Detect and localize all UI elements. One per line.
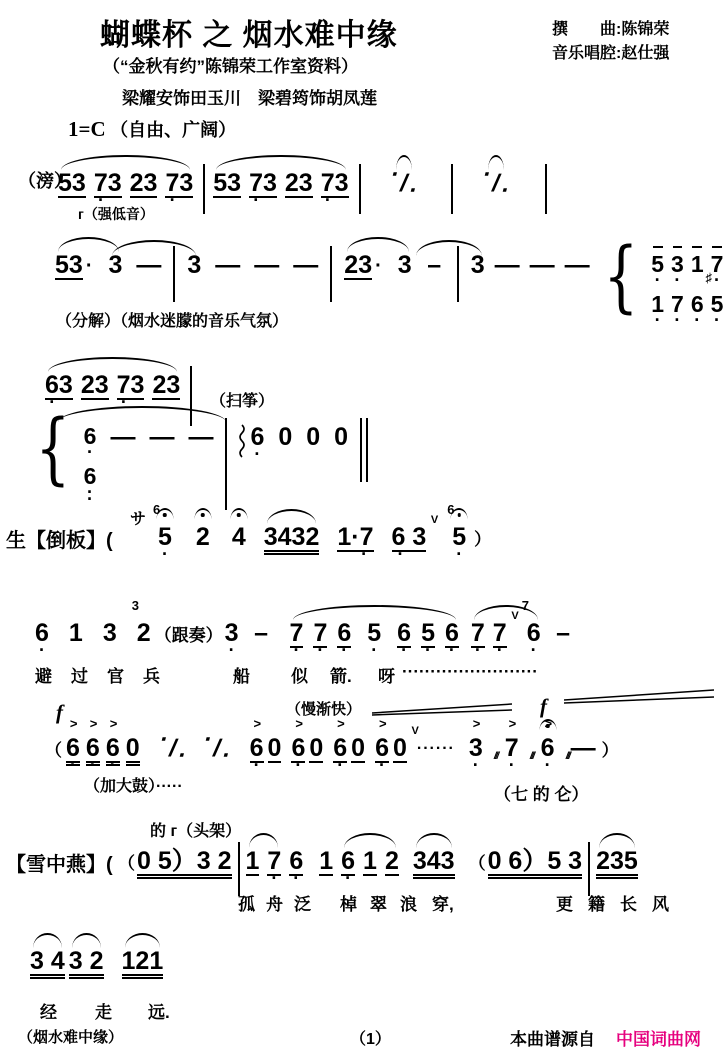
slur-group: 5373·2373· — [213, 170, 348, 198]
vocal-credit: 音乐唱腔:赵仕强 — [552, 40, 669, 63]
overline — [673, 246, 683, 248]
slur-group: / — [485, 170, 507, 198]
accent-icon: > — [110, 717, 118, 730]
crescendo-hairpin — [372, 702, 512, 718]
note: 23 — [344, 252, 372, 280]
note: 6· — [397, 620, 411, 648]
note: 0 — [309, 735, 323, 763]
note: 2 — [385, 848, 399, 876]
note: 6·> — [375, 735, 389, 763]
note: — — [254, 252, 279, 278]
octave-dot: · — [271, 875, 277, 882]
lyric: 远. — [148, 998, 170, 1023]
music-line-7: （6·>6·>6·>0//6·>06·>06·>06·>0V······3·>/… — [45, 735, 619, 766]
accent-icon: > — [545, 717, 553, 730]
lyric: 舟 — [266, 890, 283, 915]
octave-dot: · — [87, 449, 93, 456]
double-underline — [413, 877, 455, 879]
grace-note: ♯ — [706, 271, 713, 284]
lyric: 风 — [652, 890, 669, 915]
octave-dot: · — [655, 277, 661, 284]
octave-dot: · — [254, 451, 260, 458]
octave-dot: · — [162, 551, 168, 558]
overline — [712, 246, 722, 248]
note: ······ — [417, 741, 455, 758]
note: — — [110, 424, 135, 450]
page-title: 蝴蝶杯 之 烟水难中缘 — [100, 10, 398, 54]
note: — — [495, 252, 520, 278]
note: 0 — [334, 424, 348, 450]
note: 5·♯ — [711, 292, 724, 316]
overline — [653, 246, 663, 248]
note: 1 — [319, 848, 333, 876]
note: 1 — [363, 848, 377, 876]
octave-dot: · — [714, 317, 720, 324]
tremolo-icon: /// — [530, 752, 534, 763]
breath-mark: V — [412, 726, 419, 738]
accent-icon: > — [509, 717, 517, 730]
slur-group: 3432 — [264, 524, 320, 552]
column-bottom-row: 1·7·6·5·♯ — [651, 292, 723, 316]
note: 6 3·V — [392, 524, 427, 552]
note: 3 — [471, 252, 485, 278]
brace: { — [35, 416, 70, 482]
bar-line — [360, 418, 368, 482]
note: — — [188, 424, 213, 450]
note: 53 — [58, 170, 86, 198]
note: 6·7 — [527, 620, 541, 646]
lyric: 避 — [35, 662, 52, 687]
octave-dot: · — [714, 277, 720, 284]
tempo-marking: （自由、广阔） — [110, 120, 236, 140]
music-line-2: 53·3—3———23·3–3———{5·3·17·1·7·6·5·♯ — [55, 252, 727, 342]
music-line-9: 3 43 2121 — [30, 948, 163, 976]
note: — — [571, 735, 596, 761]
note: 53 — [55, 252, 83, 280]
octave-dot: · — [39, 647, 45, 654]
octave-dot: · — [456, 551, 462, 558]
slur-group: 17· — [246, 848, 282, 876]
lyric: 兵 — [143, 662, 160, 687]
octave-dot: · — [90, 762, 96, 769]
octave-dot: · — [371, 647, 377, 654]
note: 3 2 — [69, 948, 104, 976]
footer-page-number: （1） — [350, 1026, 391, 1049]
note: 63· — [45, 372, 73, 400]
lyric: 官 — [107, 662, 124, 687]
slur-group: 121 — [122, 948, 164, 976]
column-bottom-row: 6· · — [84, 464, 97, 488]
slur-group: 343 — [413, 848, 455, 876]
inline-label: （ — [469, 850, 486, 879]
note-group: 6·>0 — [333, 735, 365, 763]
note: 6· — [289, 848, 303, 876]
simile-mark: / — [158, 735, 187, 763]
label-de-toujia: 的 г（头架） — [150, 818, 241, 841]
footer-site-name: 中国词曲网 — [616, 1025, 701, 1050]
note: – — [551, 620, 576, 646]
accent-icon: > — [473, 717, 481, 730]
note: 0 — [126, 735, 140, 763]
note: 4 — [232, 524, 246, 550]
music-line-5-daoban: サ5·62434321·7·6 3·V5·6） — [130, 524, 491, 555]
note: 1 — [246, 848, 260, 876]
double-underline — [137, 877, 232, 879]
double-underline — [264, 553, 320, 555]
label-jia-dagu: （加大鼓）····· — [84, 773, 183, 796]
octave-dot: · — [98, 197, 104, 204]
overline — [692, 246, 702, 248]
footer-source-text: 本曲谱源自 — [510, 1025, 595, 1050]
lyric: 长 — [620, 890, 637, 915]
cast-line: 梁耀安饰田玉川 梁碧筠饰胡凤莲 — [122, 84, 377, 109]
music-line-1: 5373·2373·5373·2373·// — [58, 170, 547, 214]
note: 6·> — [106, 735, 120, 763]
note: — — [149, 424, 174, 450]
note: 6·> — [333, 735, 347, 763]
lyric: ························ — [402, 662, 538, 682]
simile-mark: / — [481, 170, 510, 198]
octave-dot: · — [293, 647, 299, 654]
lyric: 穿, — [432, 890, 454, 915]
accent-icon: > — [70, 717, 78, 730]
lyric: 船 — [233, 662, 250, 687]
note: – — [422, 252, 447, 278]
brace: { — [603, 244, 638, 310]
bar-line — [173, 246, 175, 302]
note: 23 — [81, 372, 109, 400]
note-group: 6·>0V — [375, 735, 407, 763]
lyric: 箭. — [330, 662, 352, 687]
note: 3· — [225, 620, 239, 646]
column-top-row: 6· — [84, 424, 97, 448]
double-underline — [596, 877, 638, 879]
note-group: 6·>6·>6·>0 — [62, 735, 140, 763]
octave-dot: · — [545, 762, 551, 769]
octave-dot: · — [361, 551, 367, 558]
octave-column: 5·3·17·1·7·6·5·♯ — [651, 252, 723, 316]
double-underline — [30, 977, 65, 979]
simile-mark: / — [202, 735, 231, 763]
breath-mark: V — [511, 611, 518, 623]
note-group: 6·>0 — [250, 735, 282, 763]
bar-line — [190, 366, 192, 426]
note: 5· — [367, 620, 381, 646]
note: 0 6）5 3 — [488, 848, 583, 876]
grace-note: 6 — [447, 503, 454, 516]
note: 3· — [671, 252, 684, 276]
note: 1· — [651, 292, 664, 316]
octave-dot: · — [497, 647, 503, 654]
slur-group: 7·7·V6·7 — [471, 620, 541, 648]
composer-credit: 撰 曲:陈锦荣 — [552, 16, 669, 39]
accent-icon: > — [90, 717, 98, 730]
double-underline — [69, 977, 104, 979]
note: 121 — [122, 948, 164, 976]
note: 0 — [268, 735, 282, 763]
note: 3·>/// — [469, 735, 483, 761]
grace-note: 7 — [522, 599, 529, 612]
octave-dot: · — [293, 875, 299, 882]
note: 1 — [691, 252, 704, 276]
double-underline — [122, 977, 164, 979]
octave-dot: · — [341, 647, 347, 654]
tremolo-icon: /// — [566, 752, 570, 763]
note: 7· — [290, 620, 304, 648]
music-line-8-xuezhongyan: （0 5）3 217·6·16·12343（0 6）5 3235 — [118, 848, 638, 896]
note: 7· — [471, 620, 485, 648]
note: 6· · — [84, 464, 97, 488]
double-underline — [488, 877, 583, 879]
accent-icon: > — [379, 717, 387, 730]
grace-note: 6 — [153, 503, 160, 516]
octave-dot: · · — [87, 489, 93, 503]
octave-dot: · — [325, 197, 331, 204]
slur-group: 7·7·6·5·6·5·6· — [290, 620, 459, 648]
note: 3432 — [264, 524, 320, 552]
note: 5·6 — [158, 524, 172, 550]
note: 73· — [249, 170, 277, 198]
bar-line — [203, 164, 205, 214]
note: 23 — [285, 170, 313, 198]
bar-line — [359, 164, 361, 214]
bar-line — [588, 842, 590, 896]
note: 6·> — [250, 735, 264, 763]
label-daoban: 生【倒板】( — [6, 524, 113, 553]
bar-line — [225, 418, 227, 510]
bar-line — [451, 164, 453, 214]
lyric: 呀 — [378, 662, 395, 687]
octave-dot: · — [475, 647, 481, 654]
note: 6·>/// — [541, 735, 555, 761]
lyric: 走 — [95, 998, 112, 1023]
lyric: 泛 — [294, 890, 311, 915]
note: — — [136, 252, 161, 278]
slur-group: 3 4 — [30, 948, 65, 976]
double-underline — [126, 764, 140, 766]
octave-dot: · — [473, 762, 479, 769]
octave-dot: · — [449, 647, 455, 654]
octave-dot: · — [398, 551, 404, 558]
tremolo-icon: /// — [494, 752, 498, 763]
note: 0 5）3 2 — [137, 848, 232, 876]
bar-line — [330, 246, 332, 302]
lyric: 更 — [556, 890, 573, 915]
subtitle: （“金秋有约”陈锦荣工作室资料） — [103, 52, 358, 77]
accent-icon: > — [337, 717, 345, 730]
note: 3 4 — [30, 948, 65, 976]
note: 73· — [94, 170, 122, 198]
octave-dot: · — [401, 647, 407, 654]
footer-piece-name: （烟水难中缘） — [18, 1026, 123, 1047]
bar-line — [457, 246, 459, 302]
slur-group: 3 2 — [69, 948, 104, 976]
lyric: 籍 — [588, 890, 605, 915]
octave-dot: · — [295, 762, 301, 769]
note: 3 — [187, 252, 201, 278]
octave-dot: · — [379, 762, 385, 769]
inline-label: （ — [118, 850, 135, 879]
lyric: 浪 — [400, 890, 417, 915]
octave-dot: · — [531, 647, 537, 654]
octave-dot: · — [70, 762, 76, 769]
octave-dot: · — [425, 647, 431, 654]
note: – — [249, 620, 274, 646]
grace-note: 3 — [132, 599, 139, 612]
note: — — [293, 252, 318, 278]
breath-mark: V — [431, 515, 438, 527]
note: 73· — [117, 372, 145, 400]
note: 6· — [84, 424, 97, 448]
note: 3 — [108, 252, 122, 278]
note: · — [86, 252, 93, 280]
note: 6· — [35, 620, 49, 646]
octave-dot: · — [317, 647, 323, 654]
lyric: 似 — [291, 662, 308, 687]
octave-dot: · — [674, 277, 680, 284]
octave-column: 6·6· · — [84, 424, 97, 488]
column-top-row: 5·3·17· — [651, 252, 723, 276]
octave-dot: · — [253, 197, 259, 204]
lyric: 经 — [40, 998, 57, 1023]
note: 6·> — [66, 735, 80, 763]
note: 5·6 — [452, 524, 466, 550]
octave-dot: · — [110, 762, 116, 769]
note: 6·> — [291, 735, 305, 763]
note: 7·V — [493, 620, 507, 648]
octave-dot: · — [229, 647, 235, 654]
note: 23 — [152, 372, 180, 400]
note: 23 — [130, 170, 158, 198]
octave-dot: · — [694, 317, 700, 324]
slur-group: 235 — [596, 848, 638, 876]
note: 343 — [413, 848, 455, 876]
note: サ — [130, 512, 146, 529]
bar-line — [238, 842, 240, 896]
inline-label: ） — [474, 526, 491, 555]
note: 6· — [691, 292, 704, 316]
slur-group: 5373·2373· — [58, 170, 193, 198]
music-line-6: 6·1323（跟奏）3·–7·7·6·5·6·5·6·7·7·V6·7– — [35, 620, 576, 651]
octave-dot: · — [345, 875, 351, 882]
note: 73· — [321, 170, 349, 198]
octave-dot: · — [254, 762, 260, 769]
note: 7· — [313, 620, 327, 648]
key-signature: 1=C — [68, 117, 106, 141]
forte-mark-1: f — [56, 700, 63, 725]
octave-dot: · — [655, 317, 661, 324]
note: 7· — [671, 292, 684, 316]
bar-line — [545, 164, 547, 214]
note: 6· — [337, 620, 351, 648]
note: 1 — [69, 620, 83, 646]
arpeggio-icon — [237, 424, 246, 463]
slur-group: 6·12 — [341, 848, 399, 876]
lyric: 棹 — [340, 890, 357, 915]
note: 6· — [445, 620, 459, 648]
note: 23 — [137, 620, 151, 646]
note: 1·7· — [337, 524, 373, 552]
inline-label: （ — [45, 737, 62, 766]
lyric: 孤 — [238, 890, 255, 915]
note: 0 — [351, 735, 365, 763]
note: 0 — [306, 424, 320, 450]
note-group: 6·>0 — [291, 735, 323, 763]
note: 6·> — [86, 735, 100, 763]
note: 73· — [165, 170, 193, 198]
inline-label: ） — [602, 737, 619, 766]
note: 7·>/// — [505, 735, 519, 761]
note: 0V — [393, 735, 407, 763]
octave-dot: · — [509, 762, 515, 769]
note: 3 — [103, 620, 117, 646]
note: 235 — [596, 848, 638, 876]
octave-dot: · — [121, 399, 127, 406]
note: 5· — [651, 252, 664, 276]
accent-icon: > — [254, 717, 262, 730]
octave-dot: · — [674, 317, 680, 324]
note: 6· — [341, 848, 355, 876]
crescendo-hairpin — [564, 688, 714, 706]
note: 7· — [711, 252, 724, 276]
label-saozheng: （扫筝） — [210, 388, 274, 411]
note: — — [215, 252, 240, 278]
slur-group: 53·3 — [55, 252, 122, 280]
note: — — [530, 252, 555, 278]
lyric: 过 — [71, 662, 88, 687]
note: 7· — [267, 848, 281, 876]
octave-dot: · — [337, 762, 343, 769]
note: · — [375, 252, 382, 280]
note: 0 — [278, 424, 292, 450]
note: — — [565, 252, 590, 278]
inline-label: （跟奏） — [155, 622, 223, 651]
accent-icon: > — [295, 717, 303, 730]
label-qi-de-lun: （七 的 仑） — [494, 780, 588, 805]
note: 6· — [250, 424, 264, 450]
lyric: 翠 — [370, 890, 387, 915]
simile-mark: / — [389, 170, 418, 198]
key-tempo-line: 1=C （自由、广阔） — [68, 116, 236, 142]
slur-group: 63·2373·23 — [45, 372, 180, 400]
sheet-music-page: 蝴蝶杯 之 烟水难中缘 撰 曲:陈锦荣 音乐唱腔:赵仕强 （“金秋有约”陈锦荣工… — [0, 0, 727, 1054]
slur-group: 23·3 — [344, 252, 411, 280]
slur-group: / — [393, 170, 415, 198]
label-xuezhongyan: 【雪中燕】( — [6, 848, 113, 877]
note: 53 — [213, 170, 241, 198]
music-line-4: {6·6· ·———6·000 — [28, 424, 368, 510]
octave-dot: · — [170, 197, 176, 204]
note: 5· — [421, 620, 435, 648]
note: 2 — [196, 524, 210, 550]
note: 3 — [398, 252, 412, 278]
